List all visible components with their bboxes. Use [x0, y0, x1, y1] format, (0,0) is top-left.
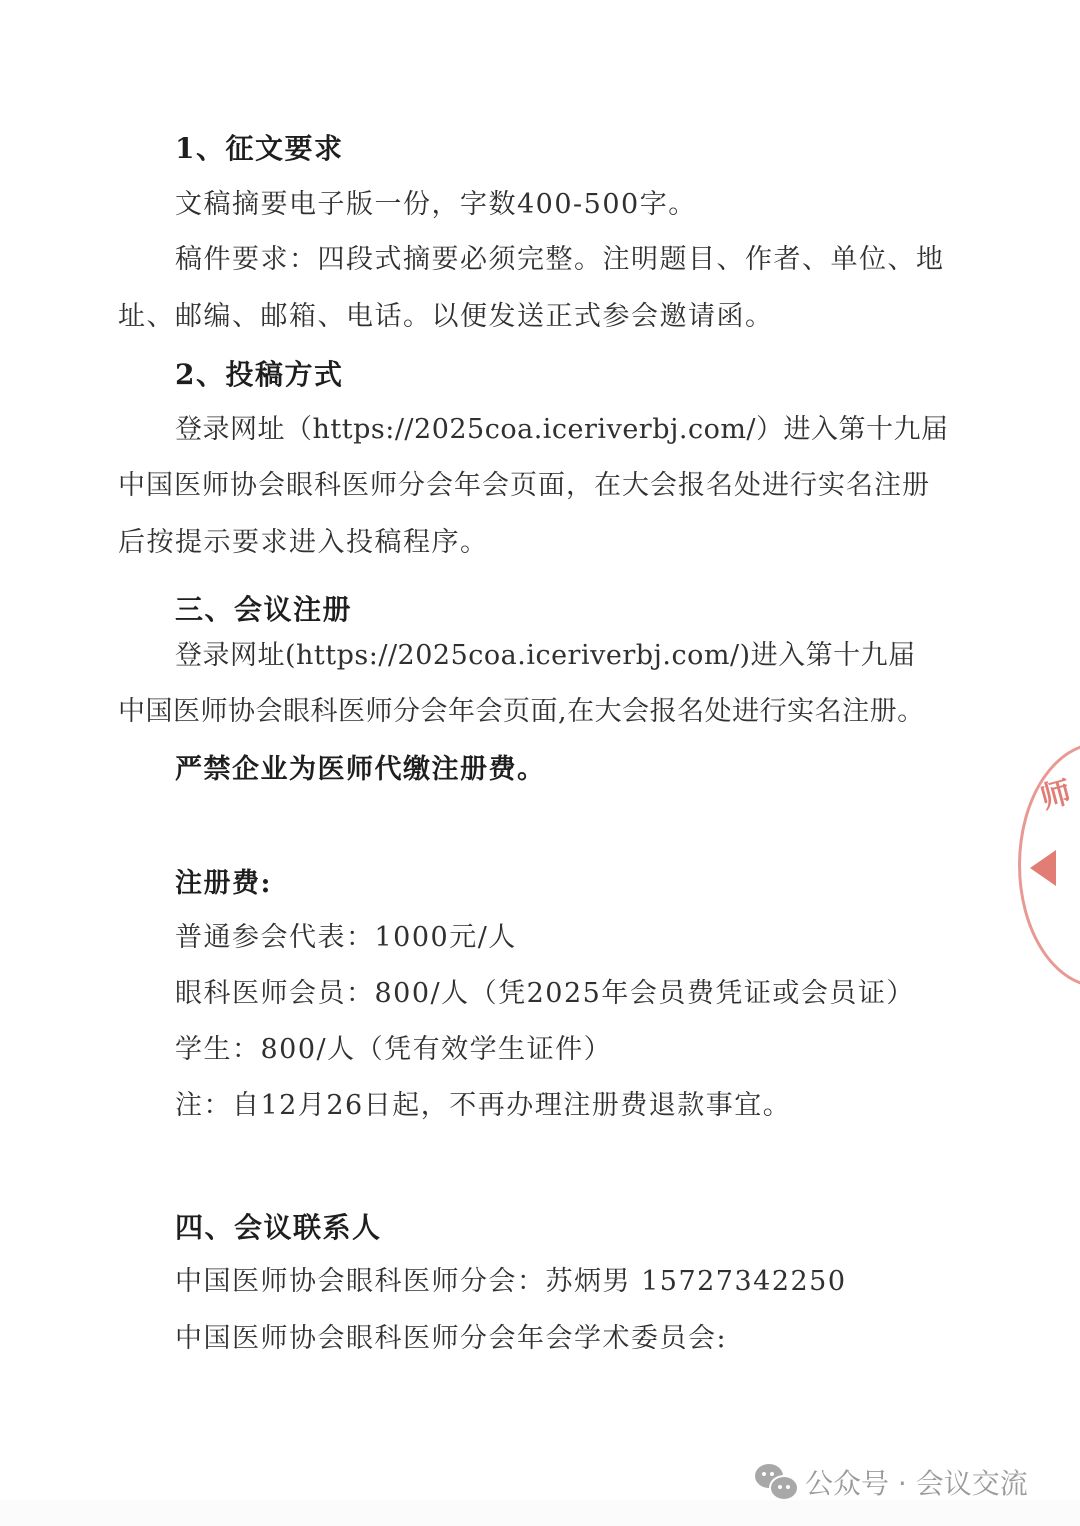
watermark-text: 公众号 · 会议交流: [805, 1462, 1028, 1502]
section-1-line-3: 址、邮编、邮箱、电话。以便发送正式参会邀请函。: [118, 299, 963, 335]
bottom-band: [0, 1500, 1080, 1526]
fees-title: 注册费:: [175, 866, 1020, 902]
wechat-icon: [755, 1464, 797, 1500]
section-3-line-2: 中国医师协会眼科医师分会年会页面,在大会报名处进行实名注册。: [118, 694, 963, 730]
section-4-heading: 四、会议联系人: [175, 1210, 1020, 1246]
fee-general: 普通参会代表：1000元/人: [175, 920, 1020, 956]
document-page: 1、征文要求 文稿摘要电子版一份，字数400-500字。 稿件要求：四段式摘要必…: [0, 0, 1080, 1526]
fee-student: 学生：800/人（凭有效学生证件）: [175, 1032, 1020, 1068]
section-1-line-2: 稿件要求：四段式摘要必须完整。注明题目、作者、单位、地: [175, 242, 963, 278]
section-1-heading: 1、征文要求: [175, 131, 1020, 167]
section-3-line-1: 登录网址(https://2025coa.iceriverbj.com/)进入第…: [175, 638, 1020, 674]
wechat-watermark: 公众号 · 会议交流: [755, 1462, 1028, 1502]
section-2-line-2: 中国医师协会眼科医师分会年会页面，在大会报名处进行实名注册: [118, 468, 963, 504]
registration-warning: 严禁企业为医师代缴注册费。: [175, 752, 1020, 788]
section-2-line-1: 登录网址（https://2025coa.iceriverbj.com/）进入第…: [175, 412, 1020, 448]
section-2-line-3: 后按提示要求进入投稿程序。: [118, 525, 963, 561]
contact-1: 中国医师协会眼科医师分会：苏炳男 15727342250: [175, 1264, 1020, 1300]
section-2-heading: 2、投稿方式: [175, 357, 1020, 393]
seal-star-icon: [1030, 850, 1056, 886]
refund-note: 注：自12月26日起，不再办理注册费退款事宜。: [175, 1088, 1020, 1124]
contact-2: 中国医师协会眼科医师分会年会学术委员会:: [175, 1321, 1020, 1357]
fee-member: 眼科医师会员：800/人（凭2025年会员费凭证或会员证）: [175, 976, 1020, 1012]
section-1-line-1: 文稿摘要电子版一份，字数400-500字。: [175, 187, 1020, 223]
section-3-heading: 三、会议注册: [175, 592, 1020, 628]
